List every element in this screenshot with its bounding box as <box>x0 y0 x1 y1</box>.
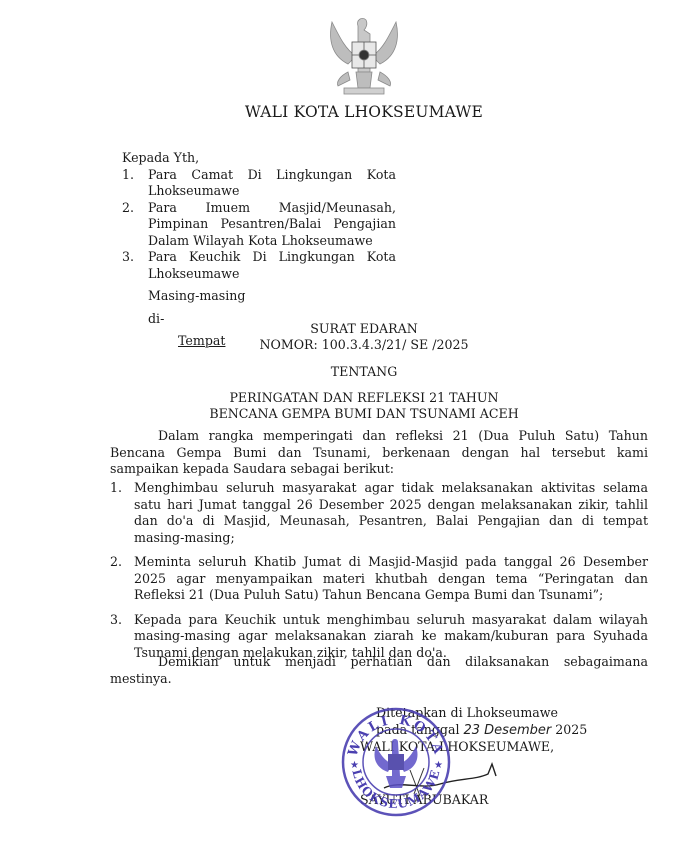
recipient-item: 3. Para Keuchik Di Lingkungan Kota Lhoks… <box>122 249 396 282</box>
recipient-item: 1. Para Camat Di Lingkungan Kota Lhokseu… <box>122 167 396 200</box>
list-item: 2. Meminta seluruh Khatib Jumat di Masji… <box>110 554 648 604</box>
list-number: 3. <box>122 249 148 282</box>
masing-masing: Masing-masing <box>122 288 396 305</box>
svg-text:★: ★ <box>350 760 359 771</box>
list-number: 1. <box>110 480 134 546</box>
handwritten-date: 23 Desember <box>464 723 552 738</box>
recipient-line: Para Keuchik Di Lingkungan Kota <box>148 249 396 266</box>
addressee-block: Kepada Yth, 1. Para Camat Di Lingkungan … <box>122 150 396 350</box>
svg-text:★: ★ <box>434 760 443 771</box>
recipient-line: Para Imuem Masjid/Meunasah, <box>148 200 396 217</box>
list-number: 2. <box>122 200 148 250</box>
official-stamp-icon: WALI KOTA LHOKSEUMAWE ★ ★ <box>340 706 452 818</box>
list-text: Menghimbau seluruh masyarakat agar tidak… <box>134 480 648 546</box>
tentang-label: TENTANG <box>0 364 696 381</box>
garuda-emblem-icon <box>326 12 402 100</box>
list-number: 1. <box>122 167 148 200</box>
date-year: 2025 <box>555 722 587 737</box>
doc-type: SURAT EDARAN <box>0 321 696 338</box>
list-number: 2. <box>110 554 134 604</box>
list-text: Meminta seluruh Khatib Jumat di Masjid-M… <box>134 554 648 604</box>
points-list: 1. Menghimbau seluruh masyarakat agar ti… <box>110 480 648 669</box>
list-item: 1. Menghimbau seluruh masyarakat agar ti… <box>110 480 648 546</box>
recipient-line: Pimpinan Pesantren/Balai Pengajian <box>148 216 396 233</box>
doc-number: NOMOR: 100.3.4.3/21/ SE /2025 <box>0 337 696 354</box>
intro-paragraph: Dalam rangka memperingati dan refleksi 2… <box>110 428 648 478</box>
recipient-line: Para Camat Di Lingkungan Kota <box>148 167 396 184</box>
subject-line-2: BENCANA GEMPA BUMI DAN TSUNAMI ACEH <box>0 406 696 423</box>
letterhead-title: WALI KOTA LHOKSEUMAWE <box>0 103 696 121</box>
closing-paragraph: Demikian untuk menjadi perhatian dan dil… <box>110 654 648 687</box>
subject-line-1: PERINGATAN DAN REFLEKSI 21 TAHUN <box>0 390 696 407</box>
recipient-line: Lhokseumawe <box>148 266 396 283</box>
recipient-line: Dalam Wilayah Kota Lhokseumawe <box>148 233 396 250</box>
recipient-item: 2. Para Imuem Masjid/Meunasah, Pimpinan … <box>122 200 396 250</box>
recipient-line: Lhokseumawe <box>148 183 396 200</box>
salutation: Kepada Yth, <box>122 150 396 167</box>
